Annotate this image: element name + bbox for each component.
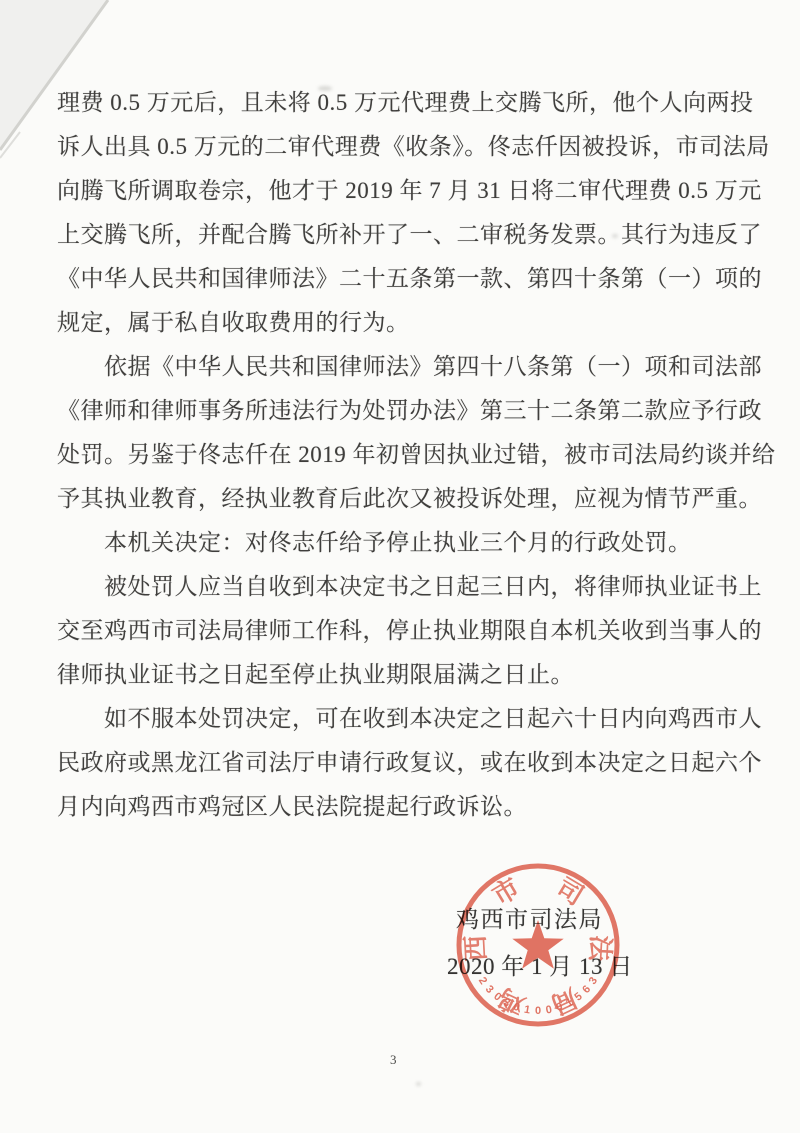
body-line: 处罚。另鉴于佟志仟在 2019 年初曾因执业过错，被市司法局约谈并给 [57, 433, 757, 477]
body-line: 《律师和律师事务所违法行为处罚办法》第三十二条第二款应予行政 [57, 389, 757, 433]
body-line: 如不服本处罚决定，可在收到本决定之日起六十日内向鸡西市人 [57, 697, 757, 741]
seal-serial-digit: 0 [545, 1004, 553, 1017]
body-line: 诉人出具 0.5 万元的二审代理费《收条》。佟志仟因被投诉，市司法局 [57, 125, 757, 169]
seal-arc-char: 西 [461, 934, 491, 961]
corner-fold-crease-2 [0, 132, 20, 158]
body-line: 本机关决定：对佟志仟给予停止执业三个月的行政处罚。 [57, 521, 757, 565]
body-line: 规定，属于私自收取费用的行为。 [57, 301, 757, 345]
seal-arc-char: 法 [585, 934, 615, 962]
seal-serial-digit: 6 [580, 983, 593, 996]
body-line: 被处罚人应当自收到本决定书之日起三日内，将律师执业证书上 [57, 565, 757, 609]
seal-serial-digit: 2 [476, 975, 489, 987]
body-line: 月内向鸡西市鸡冠区人民法院提起行政诉讼。 [57, 785, 757, 829]
scan-noise [416, 1082, 421, 1086]
body-line: 律师执业证书之日起至停止执业期限届满之日止。 [57, 653, 757, 697]
body-line: 上交腾飞所，并配合腾飞所补开了一、二审税务发票。其行为违反了 [57, 213, 757, 257]
seal-serial-digit: 0 [535, 1005, 541, 1017]
official-seal: 鸡西市司法局2303010001563 [418, 825, 658, 1065]
seal-serial-digit: 1 [523, 1004, 531, 1017]
scanned-document-page: 理费 0.5 万元后，且未将 0.5 万元代理费上交腾飞所，他个人向两投 诉人出… [0, 0, 800, 1133]
body-line: 《中华人民共和国律师法》二十五条第一款、第四十条第（一）项的 [57, 257, 757, 301]
page-number: 3 [390, 1052, 397, 1068]
body-line: 民政府或黑龙江省司法厅申请行政复议，或在收到本决定之日起六个 [57, 741, 757, 785]
document-body: 理费 0.5 万元后，且未将 0.5 万元代理费上交腾飞所，他个人向两投 诉人出… [57, 81, 757, 829]
body-line: 予其执业教育，经执业教育后此次又被投诉处理，应视为情节严重。 [57, 477, 757, 521]
body-line: 依据《中华人民共和国律师法》第四十八条第（一）项和司法部 [57, 345, 757, 389]
body-line: 理费 0.5 万元后，且未将 0.5 万元代理费上交腾飞所，他个人向两投 [57, 81, 757, 125]
body-line: 交至鸡西市司法局律师工作科，停止执业期限自本机关收到当事人的 [57, 609, 757, 653]
body-line: 向腾飞所调取卷宗，他才于 2019 年 7 月 31 日将二审代理费 0.5 万… [57, 169, 757, 213]
seal-star-icon [512, 920, 563, 969]
seal-serial-digit: 3 [587, 975, 600, 987]
seal-serial-digit: 3 [483, 983, 496, 996]
